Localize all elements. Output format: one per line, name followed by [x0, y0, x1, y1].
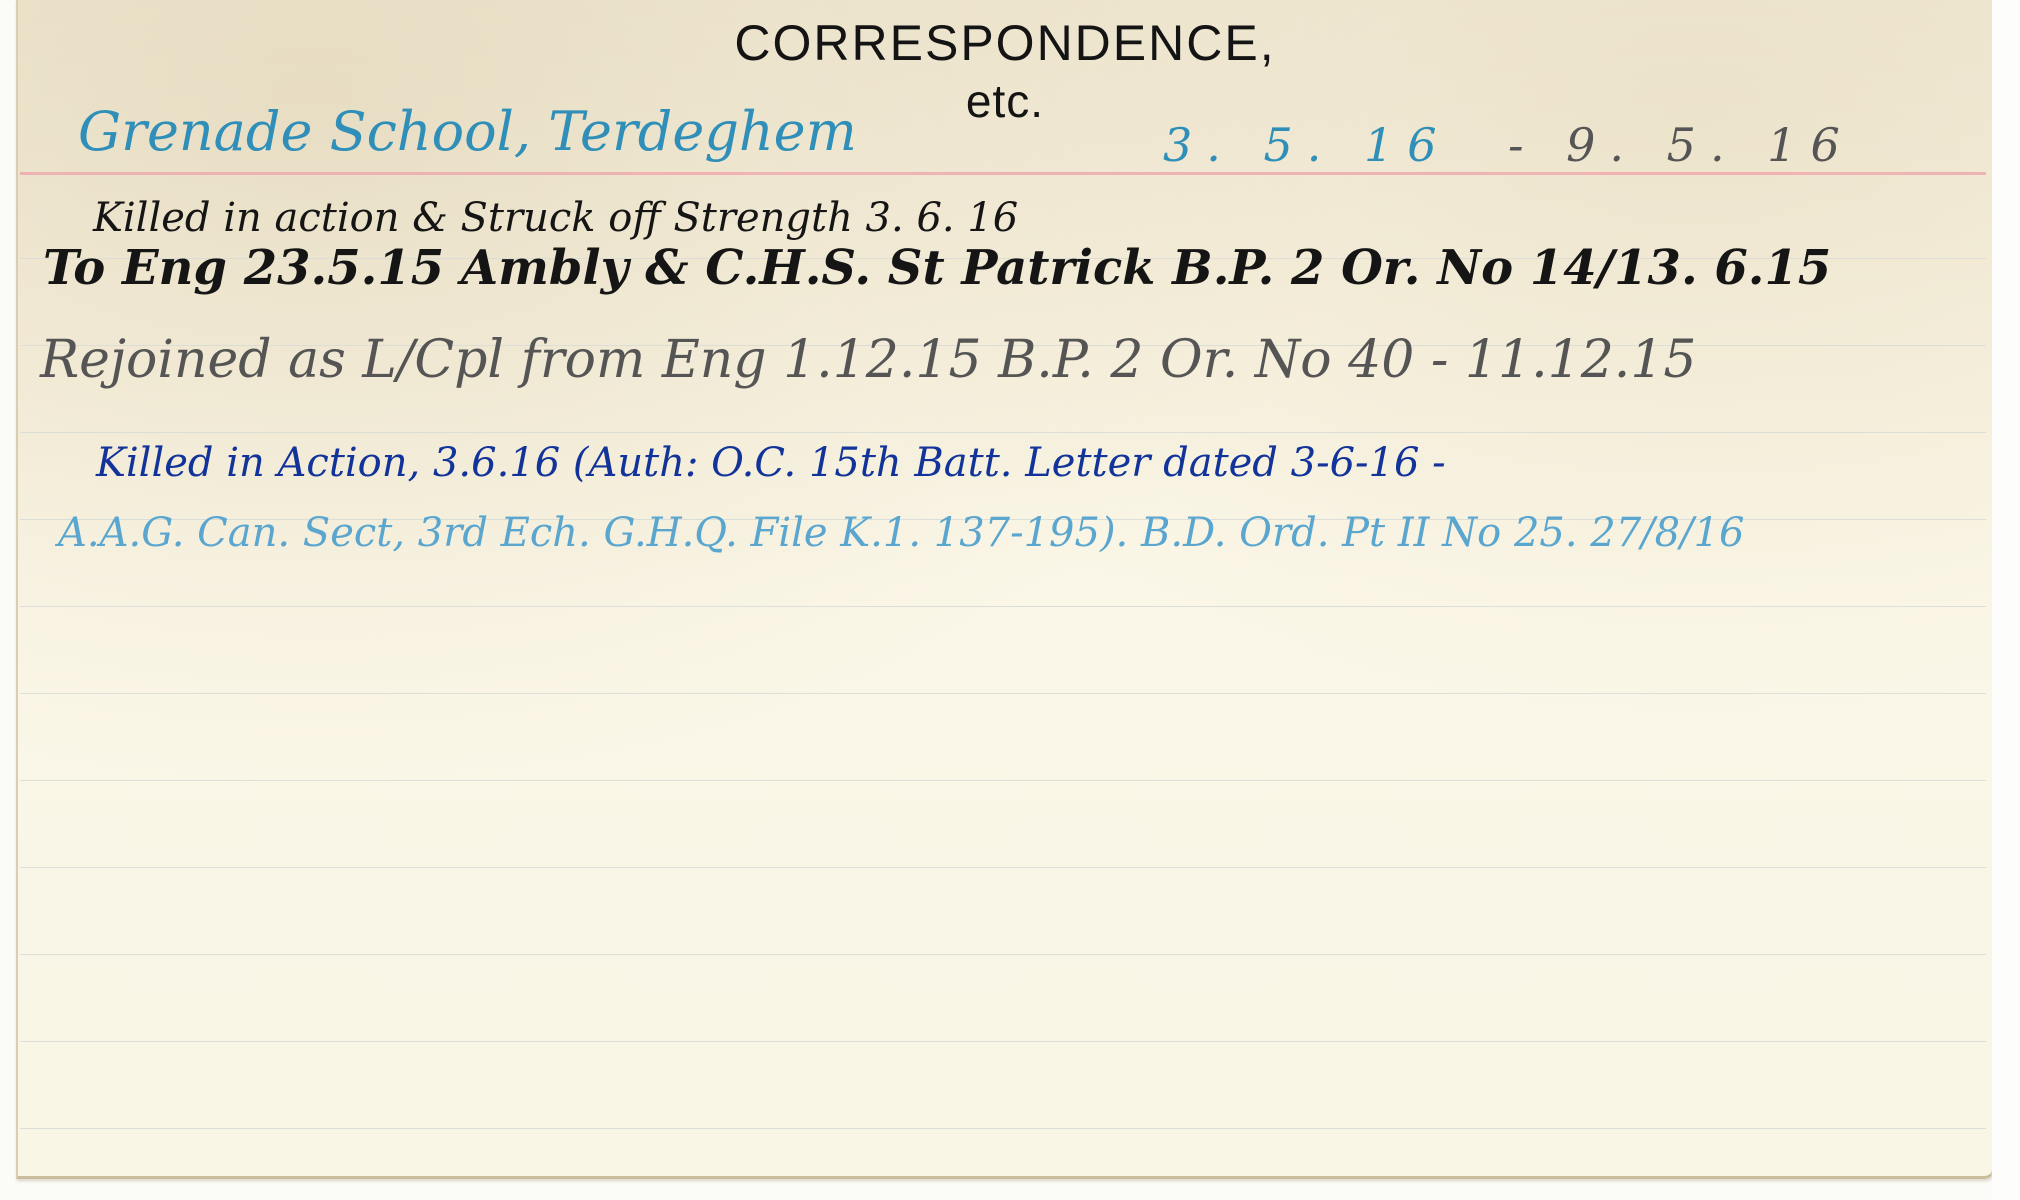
entry-grenade-school-date-from: 3. 5. 16: [1163, 118, 1451, 172]
ruled-line: [20, 693, 1986, 694]
entry-struck-off-strength: Killed in action & Struck off Strength 3…: [93, 195, 1018, 241]
ruled-line: [20, 1041, 1986, 1042]
ruled-line: [20, 867, 1986, 868]
entry-rejoined: Rejoined as L/Cpl from Eng 1.12.15 B.P. …: [40, 330, 1696, 390]
ruled-line: [20, 606, 1986, 607]
ruled-line: [20, 954, 1986, 955]
red-margin-rule: [20, 172, 1986, 175]
entry-grenade-school: Grenade School, Terdeghem: [78, 100, 857, 163]
entry-authority-reference: A.A.G. Can. Sect, 3rd Ech. G.H.Q. File K…: [58, 510, 1744, 556]
entry-killed-in-action: Killed in Action, 3.6.16 (Auth: O.C. 15t…: [96, 440, 1446, 486]
scan-background: [1992, 0, 2020, 1200]
ruled-line: [20, 780, 1986, 781]
entry-to-england: To Eng 23.5.15 Ambly & C.H.S. St Patrick…: [43, 240, 1831, 296]
ruled-line: [20, 1128, 1986, 1129]
index-card: CORRESPONDENCE, etc. Grenade School, Ter…: [16, 0, 1994, 1179]
ruled-line: [20, 432, 1986, 433]
entry-grenade-school-date-to: - 9. 5. 16: [1508, 118, 1854, 172]
card-heading: CORRESPONDENCE,: [18, 14, 1992, 72]
